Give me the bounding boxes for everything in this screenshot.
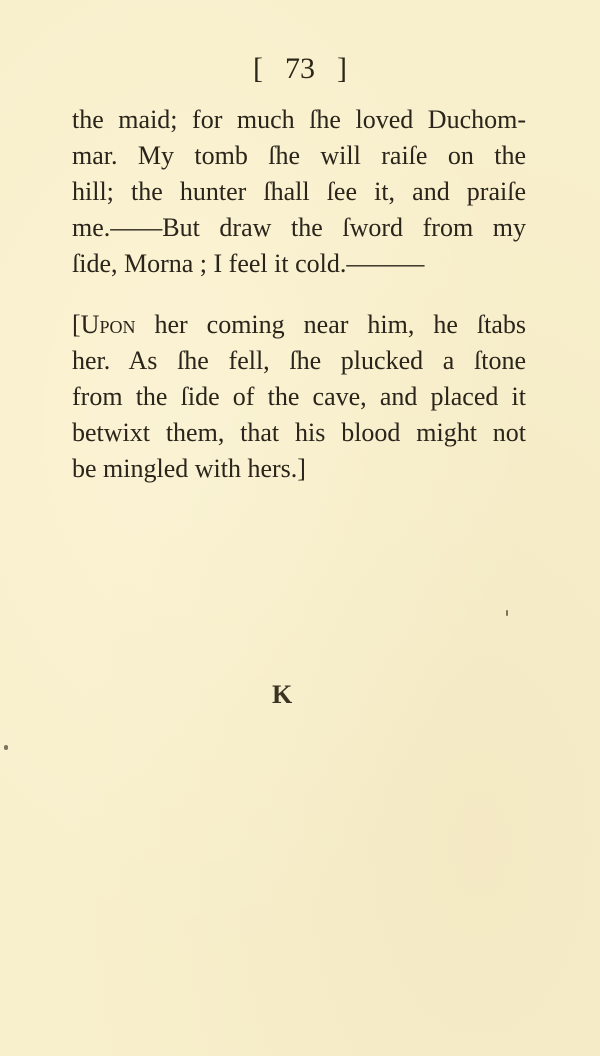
text-line: her. As ſhe fell, ſhe plucked a ſtone [72, 343, 526, 379]
text-line: from the ſide of the cave, and placed it [72, 379, 526, 415]
text-line: be mingled with hers.] [72, 451, 526, 487]
paragraph-stage-direction: [Upon her coming near him, he ſtabs her.… [72, 307, 526, 487]
left-bracket: [ [253, 52, 263, 86]
text-line: me.——But draw the ſword from my [72, 210, 526, 246]
paper-speck [506, 610, 508, 616]
text-line: betwixt them, that his blood might not [72, 415, 526, 451]
right-bracket: ] [337, 52, 347, 86]
signature-mark: K [272, 680, 292, 710]
text-line: mar. My tomb ſhe will raiſe on the [72, 138, 526, 174]
paragraph-speech: the maid; for much ſhe loved Duchom- mar… [72, 102, 526, 282]
open-bracket: [ [72, 310, 81, 339]
page-header: [73] [0, 52, 600, 86]
page-number: 73 [285, 52, 315, 86]
small-caps-word: Upon [81, 310, 136, 339]
text-line-first: [Upon her coming near him, he ſtabs [72, 307, 526, 343]
text-line: the maid; for much ſhe loved Duchom- [72, 102, 526, 138]
first-line-rest: her coming near him, he ſtabs [135, 310, 526, 339]
book-page: [73] the maid; for much ſhe loved Duchom… [0, 0, 600, 1056]
text-line: hill; the hunter ſhall ſee it, and praiſ… [72, 174, 526, 210]
text-line: ſide, Morna ; I feel it cold.——— [72, 246, 526, 282]
paper-speck [4, 745, 8, 750]
